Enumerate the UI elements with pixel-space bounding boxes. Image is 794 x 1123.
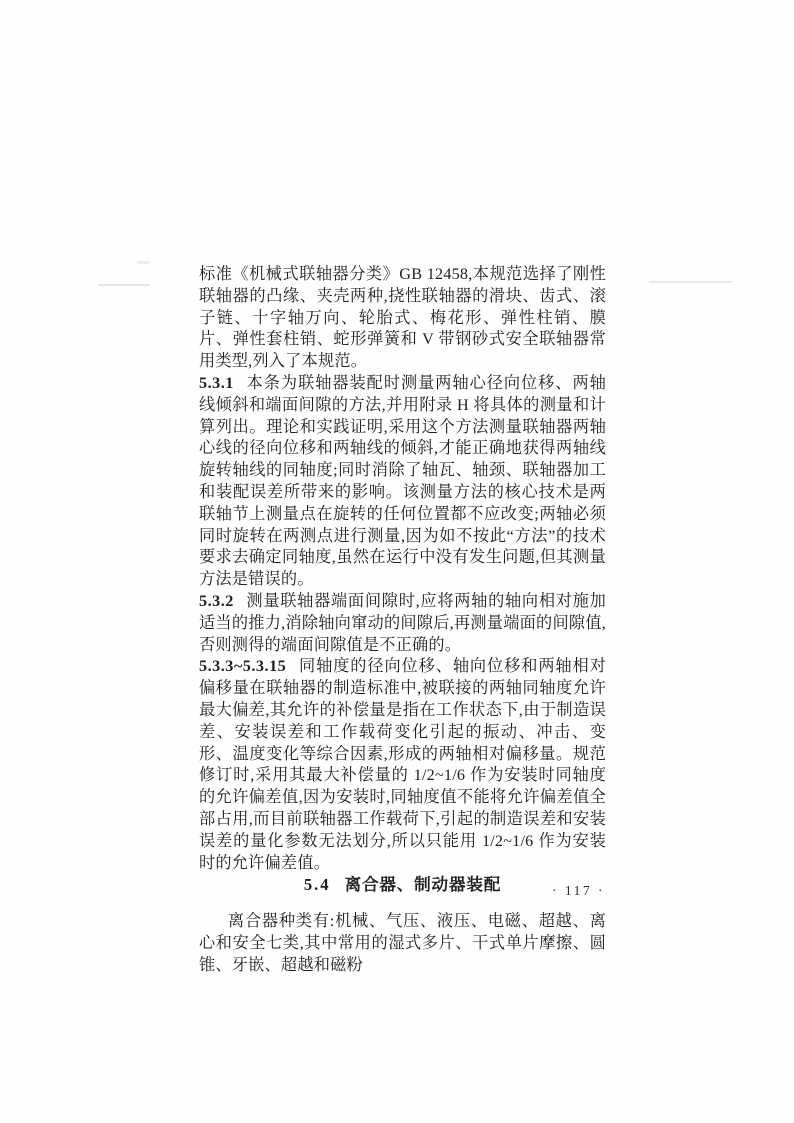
clause-number: 5.3.2 xyxy=(199,592,234,610)
clause-text: 测量联轴器端面间隙时,应将两轴的轴向相对施加适当的推力,消除轴向窜动的间隙后,再… xyxy=(199,592,606,654)
scan-artifact-small-dash xyxy=(137,261,149,264)
scan-artifact-right-streak xyxy=(649,281,733,283)
clause-text: 本条为联轴器装配时测量两轴心径向位移、两轴线倾斜和端面间隙的方法,并用附录 H … xyxy=(199,374,606,588)
clause-5-3-1: 5.3.1本条为联轴器装配时测量两轴心径向位移、两轴线倾斜和端面间隙的方法,并用… xyxy=(199,373,606,591)
section-heading-number: 5.4 xyxy=(304,875,331,894)
clause-5-3-2: 5.3.2测量联轴器端面间隙时,应将两轴的轴向相对施加适当的推力,消除轴向窜动的… xyxy=(199,591,606,656)
text-block: 标准《机械式联轴器分类》GB 12458,本规范选择了刚性联轴器的凸缘、夹壳两种… xyxy=(199,264,606,977)
clause-5-3-3-to-5-3-15: 5.3.3~5.3.15同轴度的径向位移、轴向位移和两轴相对偏移量在联轴器的制造… xyxy=(199,656,606,874)
paragraph-clutch-types: 离合器种类有:机械、气压、液压、电磁、超越、离心和安全七类,其中常用的湿式多片、… xyxy=(199,911,606,976)
section-heading-title: 离合器、制动器装配 xyxy=(345,875,502,894)
clause-number: 5.3.3~5.3.15 xyxy=(199,657,286,675)
section-heading: 5.4离合器、制动器装配 xyxy=(199,874,606,896)
paragraph-intro: 标准《机械式联轴器分类》GB 12458,本规范选择了刚性联轴器的凸缘、夹壳两种… xyxy=(199,264,606,373)
document-page: 标准《机械式联轴器分类》GB 12458,本规范选择了刚性联轴器的凸缘、夹壳两种… xyxy=(0,0,794,1123)
scan-artifact-left-streak xyxy=(98,284,150,286)
page-number: · 117 · xyxy=(552,883,605,899)
clause-number: 5.3.1 xyxy=(199,374,234,392)
clause-text: 同轴度的径向位移、轴向位移和两轴相对偏移量在联轴器的制造标准中,被联接的两轴同轴… xyxy=(199,657,606,871)
